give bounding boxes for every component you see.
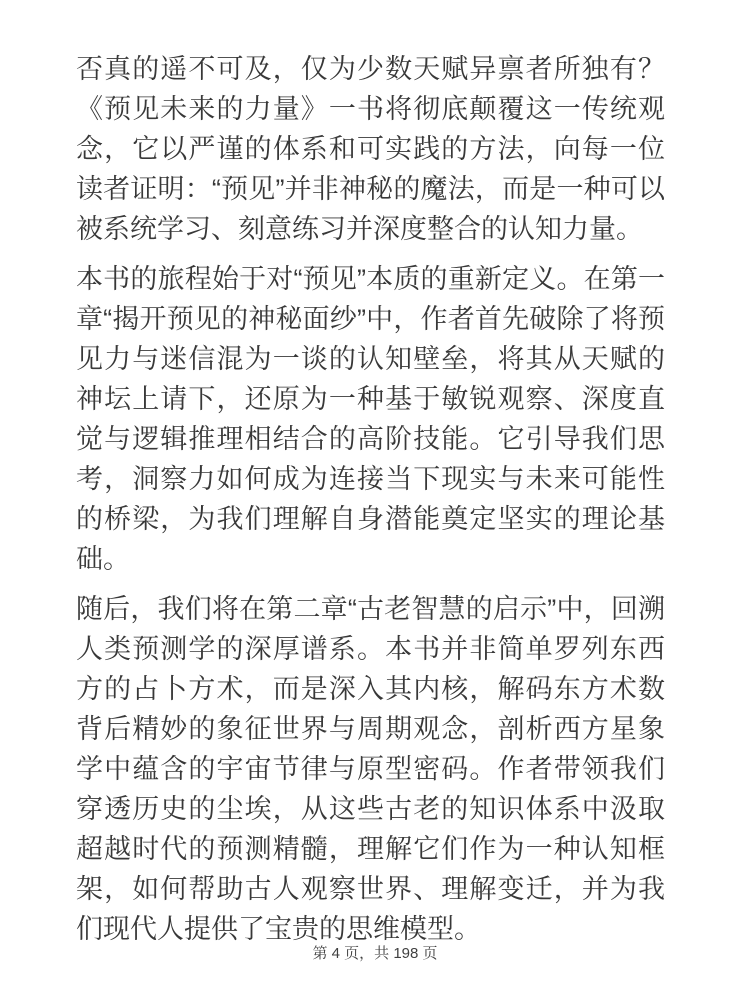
paragraph: 本书的旅程始于对“预见”本质的重新定义。在第一章“揭开预见的神秘面纱”中，作者首… bbox=[76, 259, 665, 579]
reader-page: 否真的遥不可及，仅为少数天赋异禀者所独有？《预见未来的力量》一书将彻底颠覆这一传… bbox=[0, 0, 750, 1000]
page-content: 否真的遥不可及，仅为少数天赋异禀者所独有？《预见未来的力量》一书将彻底颠覆这一传… bbox=[76, 49, 665, 959]
paragraph: 随后，我们将在第二章“古老智慧的启示”中，回溯人类预测学的深厚谱系。本书并非简单… bbox=[76, 589, 665, 949]
paragraph: 否真的遥不可及，仅为少数天赋异禀者所独有？《预见未来的力量》一书将彻底颠覆这一传… bbox=[76, 49, 665, 249]
page-number-indicator: 第 4 页，共 198 页 bbox=[0, 943, 750, 965]
